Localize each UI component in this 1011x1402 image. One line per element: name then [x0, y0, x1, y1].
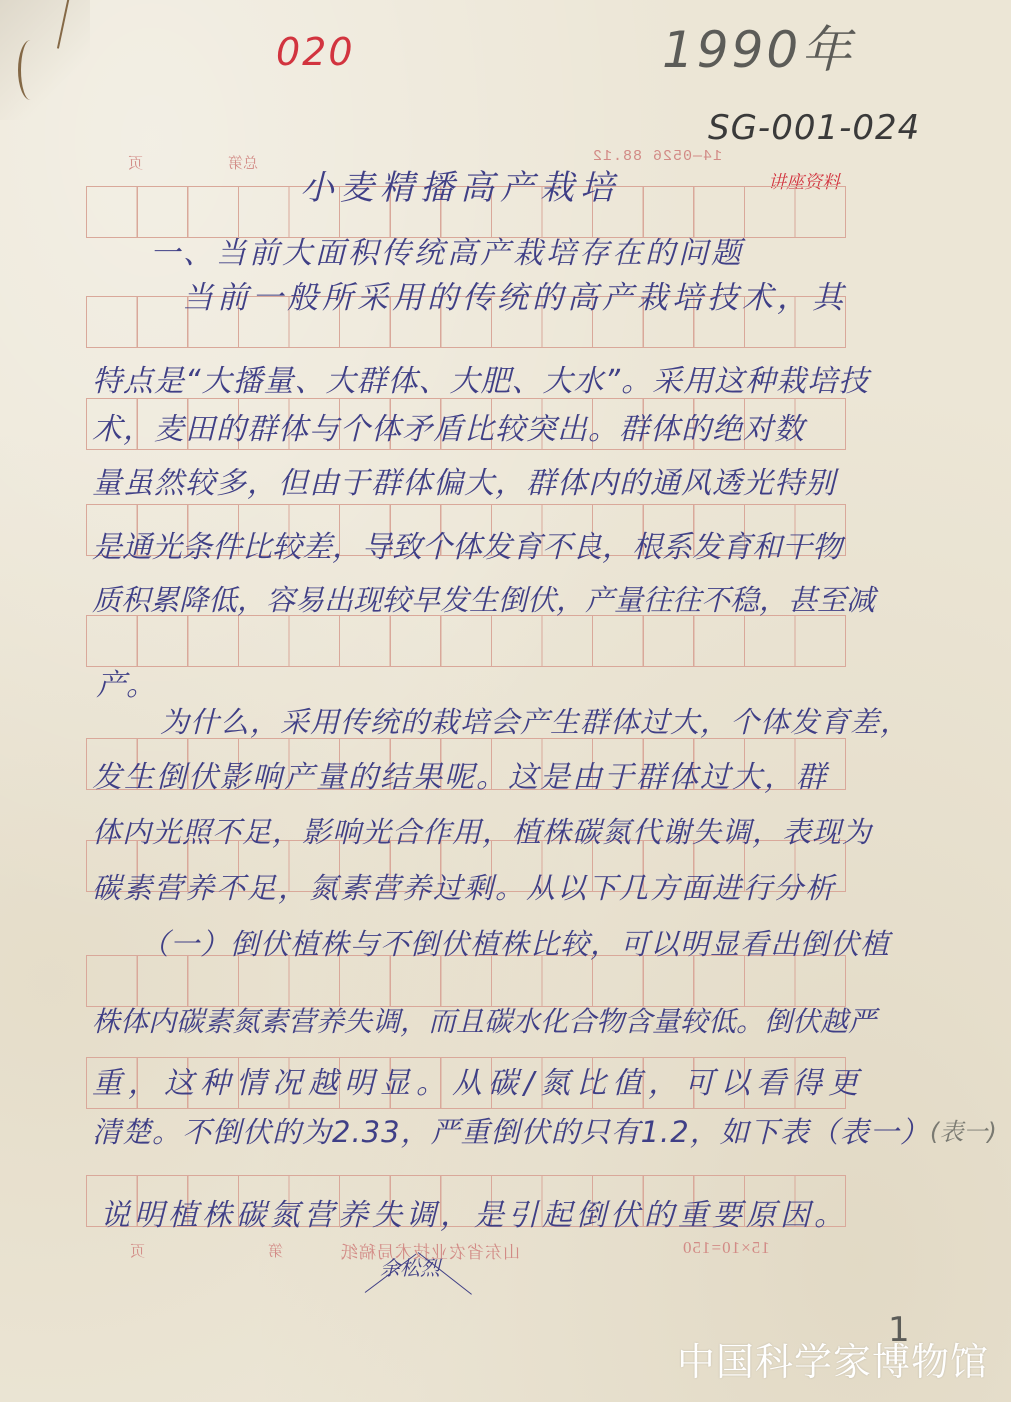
footer-page-label: 页 [130, 1240, 145, 1261]
body-line: （一）倒伏植株与不倒伏植株比较，可以明显看出倒伏植 [140, 922, 890, 963]
header-page-label: 页 [128, 152, 143, 173]
body-line: 量虽然较多，但由于群体偏大，群体内的通风透光特别 [92, 458, 836, 502]
section-heading: 一、当前大面积传统高产栽培存在的问题 [150, 228, 744, 272]
body-line: 为什么，采用传统的栽培会产生群体过大，个体发育差， [160, 700, 910, 741]
signature: 余松烈 [380, 1252, 440, 1281]
red-page-number: 020 [276, 30, 355, 74]
footer-grid-spec: 15×10=150 [682, 1238, 770, 1258]
body-line: 清楚。不倒伏的为2.33，严重倒伏的只有1.2，如下表（表一） [92, 1110, 930, 1151]
grid-row [86, 615, 846, 667]
paper-corner-fold [0, 0, 90, 120]
manuscript-page: 020 1990年 SG-001-024 讲座资料 页 总第 14—0526 8… [0, 0, 1011, 1402]
footer-ordinal-label: 第 [268, 1240, 283, 1261]
body-line: 当前一般所采用的传统的高产栽培技术，其 [182, 272, 847, 317]
body-line: 重，这种情况越明显。从碳/氮比值，可以看得更 [92, 1058, 864, 1102]
margin-note: (表一) [930, 1112, 997, 1147]
body-line: 特点是“大播量、大群体、大肥、大水”。采用这种栽培技 [92, 356, 869, 400]
archive-code: SG-001-024 [708, 108, 920, 148]
header-total-label: 总第 [228, 152, 258, 173]
body-line: 株体内碳素氮素营养失调，而且碳水化合物含量较低。倒伏越严 [92, 1000, 876, 1040]
pencil-year: 1990年 [662, 10, 854, 82]
body-line: 质积累降低，容易出现较早发生倒伏，产量往往不稳，甚至减 [92, 578, 875, 619]
body-line: 术，麦田的群体与个体矛盾比较突出。群体的绝对数 [92, 404, 805, 448]
body-line: 发生倒伏影响产量的结果呢。这是由于群体过大，群 [92, 752, 828, 796]
body-line: 体内光照不足，影响光合作用，植株碳氮代谢失调，表现为 [92, 810, 872, 851]
body-line: 产。 [96, 660, 156, 704]
document-title: 小麦精播高产栽培 [300, 160, 620, 209]
stain-mark [18, 40, 43, 100]
body-line: 说明植株碳氮营养失调，是引起倒伏的重要原因。 [100, 1190, 848, 1234]
body-line: 碳素营养不足，氮素营养过剩。从以下几方面进行分析 [92, 866, 836, 907]
body-line: 是通光条件比较差，导致个体发育不良，根系发育和干物 [92, 522, 842, 566]
museum-watermark: 中国科学家博物馆 [677, 1331, 989, 1386]
